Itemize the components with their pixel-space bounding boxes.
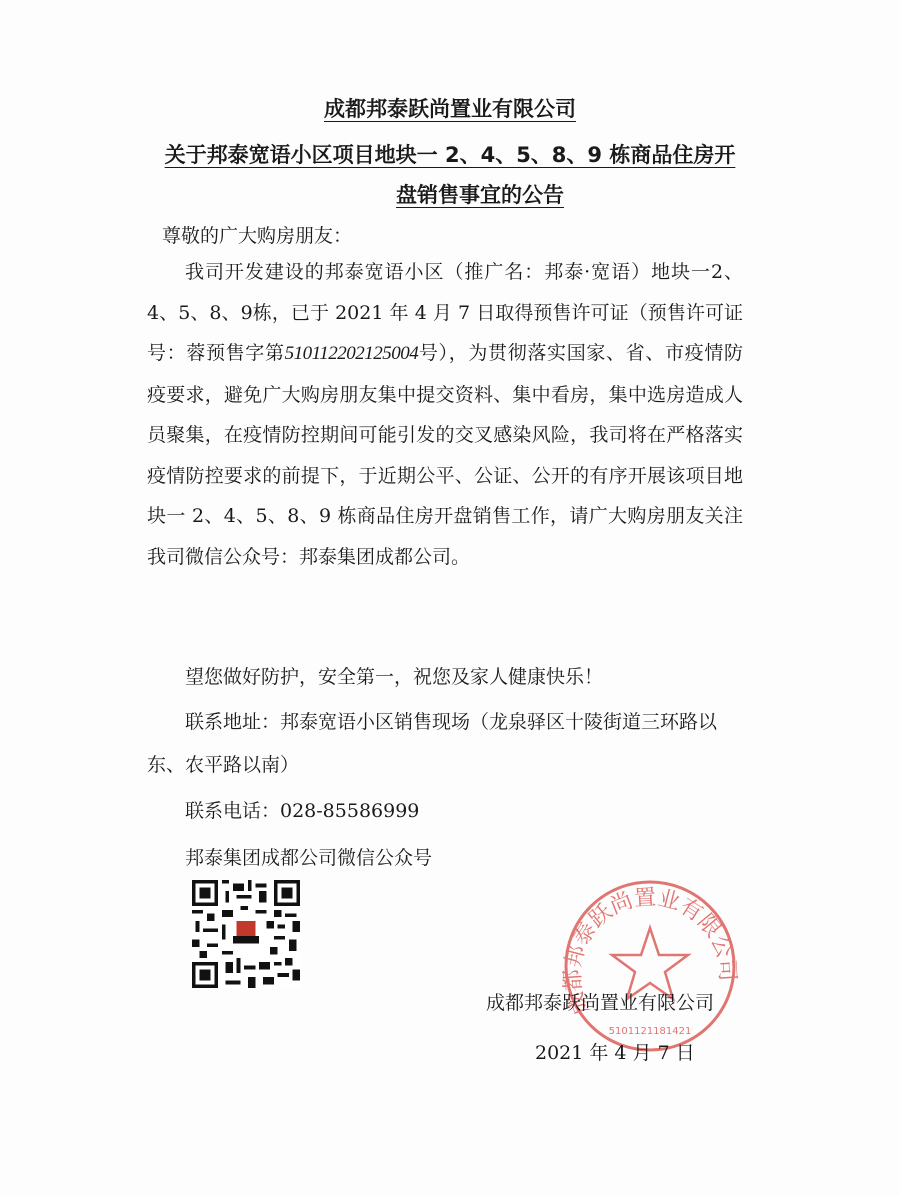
signature-date: 2021 年 4 月 7 日 [535, 1038, 695, 1065]
contact-phone: 联系电话：028-85586999 [185, 796, 419, 823]
wechat-qr-code [192, 879, 300, 989]
svg-text:5101121181421: 5101121181421 [609, 1026, 692, 1037]
announcement-title-line-1: 关于邦泰宽语小区项目地块一 2、4、5、8、9 栋商品住房开 [0, 139, 900, 169]
contact-address: 联系地址：邦泰宽语小区销售现场（龙泉驿区十陵街道三环路以东、农平路以南） [147, 701, 743, 787]
company-title: 成都邦泰跃尚置业有限公司 [0, 93, 900, 123]
announcement-title-line-2: 盘销售事宜的公告 [30, 179, 900, 209]
wish-text: 望您做好防护，安全第一，祝您及家人健康快乐！ [185, 662, 603, 689]
body-paragraph: 我司开发建设的邦泰宽语小区（推广名：邦泰·宽语）地块一2、4、5、8、9栋，已于… [147, 252, 743, 577]
greeting: 尊敬的广大购房朋友： [162, 221, 352, 248]
body-text-2: 号），为贯彻落实国家、省、市疫情防疫要求，避免广大购房朋友集中提交资料、集中看房… [147, 342, 743, 568]
wechat-label: 邦泰集团成都公司微信公众号 [185, 843, 432, 870]
signature-company: 成都邦泰跃尚置业有限公司 [486, 988, 714, 1015]
permit-number-handwritten: 510112202125004 [285, 343, 419, 364]
company-seal-stamp: 成都邦泰跃尚置业有限公司 5101121181421 [560, 876, 740, 1056]
